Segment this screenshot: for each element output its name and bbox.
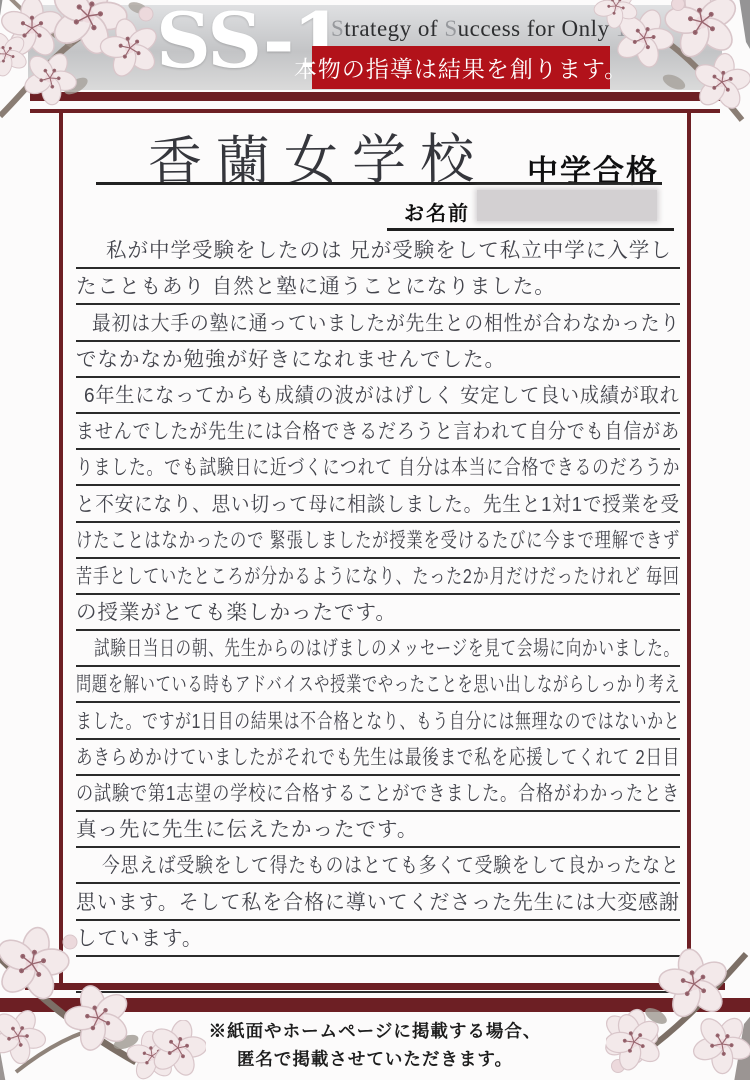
essay-line-text: の試験で第1志望の学校に合格することができました。合格がわかったとき — [76, 781, 680, 810]
essay-line-text: 思います。そして私を合格に導いてくださった先生には大変感謝 — [76, 890, 680, 919]
essay-line: と不安になり、思い切って母に相談しました。先生と1対1で授業を受 — [76, 486, 680, 522]
name-underline — [387, 228, 674, 231]
essay-line-text: あきらめかけていましたがそれでも先生は最後まで私を応援してくれて 2日目 — [76, 745, 680, 774]
top-rule-thick — [30, 92, 720, 101]
brand-tagline: 本物の指導は結果を創ります。 — [294, 51, 628, 84]
top-rule-thin — [30, 109, 720, 113]
brand-tagline-band: 本物の指導は結果を創ります。 — [312, 46, 610, 89]
essay-line: でなかなか勉強が好きになれませんでした。 — [76, 342, 680, 378]
essay-line-text: けたことはなかったので 緊張しましたが授業を受けるたびに今まで理解できず — [76, 528, 680, 557]
essay-line-text: 問題を解いている時もアドバイスや授業でやったことを思い出しながらしっかり考え — [76, 672, 680, 701]
essay-line-text: りました。でも試験日に近づくにつれて 自分は本当に合格できるのだろうか — [76, 455, 680, 484]
essay-line: りました。でも試験日に近づくにつれて 自分は本当に合格できるのだろうか — [76, 450, 680, 486]
essay-line-text: 私が中学受験をしたのは 兄が受験をして私立中学に入学し — [106, 238, 672, 267]
essay-line: 最初は大手の塾に通っていましたが先生との相性が合わなかったり — [76, 305, 680, 341]
essay-line-text: たこともあり 自然と塾に通うことになりました。 — [76, 274, 556, 303]
essay-line-text: ませんでしたが先生には合格できるだろうと言われて自分でも自信があ — [76, 419, 680, 448]
redacted-name-box — [477, 190, 657, 221]
essay-line: ました。ですが1日目の結果は不合格となり、もう自分には無理なのではないかと — [76, 703, 680, 739]
footer-note-line2: 匿名で掲載させていただきます。 — [0, 1046, 750, 1071]
essay-line: たこともあり 自然と塾に通うことになりました。 — [76, 269, 680, 305]
essay-line: 試験日当日の朝、先生からのはげましのメッセージを見て会場に向かいました。 — [76, 631, 680, 667]
name-label: お名前 — [404, 197, 470, 226]
slogan-initial-s2: S — [444, 16, 457, 41]
slogan-part1: trategy of — [344, 16, 444, 41]
essay-line: 苦手としていたところが分かるようになり、たった2か月だけだったけれど 毎回 — [76, 559, 680, 595]
essay-line-text: 試験日当日の朝、先生からのはげましのメッセージを見て会場に向かいました。 — [94, 636, 680, 665]
essay-lines: 私が中学受験をしたのは 兄が受験をして私立中学に入学したこともあり 自然と塾に通… — [76, 233, 680, 993]
footer-note-line1: ※紙面やホームページに掲載する場合、 — [0, 1018, 750, 1043]
essay-line-text: と不安になり、思い切って母に相談しました。先生と1対1で授業を受 — [76, 492, 680, 521]
essay-line: 問題を解いている時もアドバイスや授業でやったことを思い出しながらしっかり考え — [76, 667, 680, 703]
essay-line: の授業がとても楽しかったです。 — [76, 595, 680, 631]
essay-line: 私が中学受験をしたのは 兄が受験をして私立中学に入学し — [76, 233, 680, 269]
essay-line: の試験で第1志望の学校に合格することができました。合格がわかったとき — [76, 776, 680, 812]
title-underline — [96, 182, 662, 185]
slogan-number-1: 1 — [616, 16, 628, 41]
testimonial-page: SS-1 Strategy of Success for Only 1 本物の指… — [0, 0, 750, 1080]
essay-line-text: でなかなか勉強が好きになれませんでした。 — [76, 347, 506, 376]
essay-line-text: 最初は大手の塾に通っていましたが先生との相性が合わなかったり — [92, 311, 680, 340]
brand-slogan: Strategy of Success for Only 1 — [331, 16, 628, 42]
essay-line: けたことはなかったので 緊張しましたが授業を受けるたびに今まで理解できず — [76, 523, 680, 559]
essay-line: ませんでしたが先生には合格できるだろうと言われて自分でも自信があ — [76, 414, 680, 450]
essay-line-text: 今思えば受験をして得たものはとても多くて受験をして良かったなと — [102, 853, 680, 882]
essay-line: 真っ先に先生に伝えたかったです。 — [76, 812, 680, 848]
bottom-rule-thick — [0, 998, 750, 1012]
essay-line-text: 苦手としていたところが分かるようになり、たった2か月だけだったけれど 毎回 — [76, 564, 680, 593]
essay-line: しています。 — [76, 921, 680, 957]
essay-line-text: ました。ですが1日目の結果は不合格となり、もう自分には無理なのではないかと — [76, 709, 680, 738]
essay-line: 思います。そして私を合格に導いてくださった先生には大変感謝 — [76, 884, 680, 920]
essay-line-text: 6年生になってからも成績の波がはげしく 安定して良い成績が取れ — [84, 383, 680, 412]
slogan-initial-s1: S — [331, 16, 344, 41]
essay-line: 6年生になってからも成績の波がはげしく 安定して良い成績が取れ — [76, 378, 680, 414]
essay-line: あきらめかけていましたがそれでも先生は最後まで私を応援してくれて 2日目 — [76, 740, 680, 776]
slogan-part2: uccess for Only — [458, 16, 616, 41]
essay-line-text: 真っ先に先生に伝えたかったです。 — [76, 817, 418, 846]
essay-line-text: しています。 — [76, 926, 203, 955]
essay-line: 今思えば受験をして得たものはとても多くて受験をして良かったなと — [76, 848, 680, 884]
bottom-rule-thin — [25, 983, 725, 990]
essay-line-text: の授業がとても楽しかったです。 — [76, 600, 397, 629]
right-frame-border — [687, 112, 691, 988]
left-frame-border — [59, 112, 63, 988]
